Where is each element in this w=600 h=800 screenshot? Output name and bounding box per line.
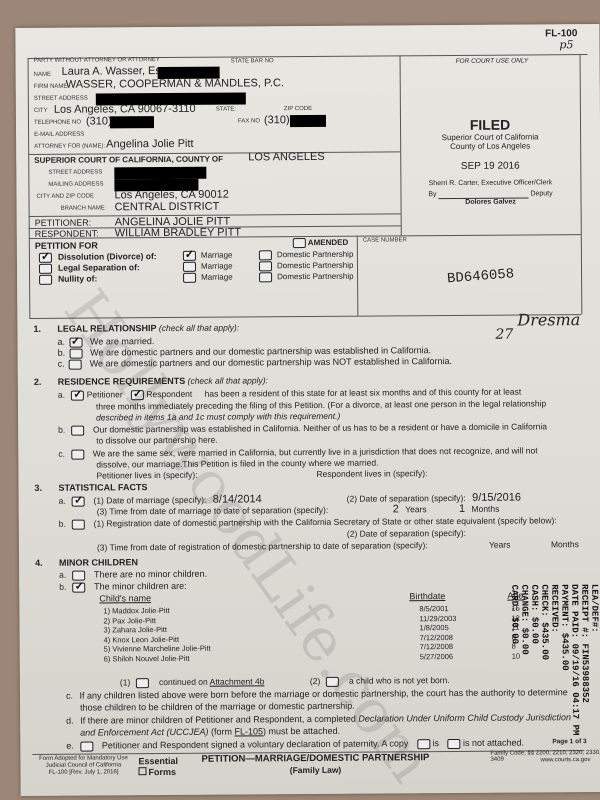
marriage-checkbox[interactable]	[183, 273, 196, 283]
years-label: Years	[405, 504, 427, 514]
phone: (310)	[86, 115, 112, 127]
petition-type-label: Nullity of:	[58, 273, 97, 283]
case-number: BD646058	[447, 266, 515, 287]
domestic-partnership-label: Domestic Partnership	[277, 261, 354, 271]
months-label: Months	[471, 504, 499, 514]
months-value: 1	[459, 503, 465, 515]
section-title-legal-relationship: LEGAL RELATIONSHIP	[57, 323, 156, 334]
court-label: SUPERIOR COURT OF CALIFORNIA, COUNTY OF	[34, 155, 223, 165]
legal-relationship-item: c.We are domestic partners and our domes…	[58, 356, 452, 369]
item-letter: a.	[59, 570, 66, 580]
child-birthdate: 5/27/2006	[420, 652, 453, 661]
page-mark: p5	[559, 38, 573, 51]
brand-line1: Essential	[138, 757, 178, 767]
receipt-line: CHANGE: $0.00	[519, 584, 529, 654]
form-fl105-link[interactable]: FL-105	[234, 726, 263, 736]
dp-years-label: Years	[489, 540, 511, 550]
legal-relationship-text: We are domestic partners and our domesti…	[90, 356, 452, 369]
petitioner-resident-checkbox[interactable]	[71, 390, 84, 400]
petitioner-lives: Petitioner lives in (specify):	[96, 470, 197, 481]
residence-b-checkbox[interactable]	[72, 425, 85, 435]
city-label: CITY	[34, 108, 48, 114]
dp-separation-label: (2) Date of separation (specify):	[347, 528, 466, 539]
domestic-partnership-option: Domestic Partnership	[259, 250, 354, 261]
children-text: The minor children are:	[94, 581, 187, 592]
child-name: 2) Pax Jolie-Pitt	[103, 616, 156, 625]
marriage-option: Marriage	[183, 251, 233, 261]
by-label: By	[428, 191, 436, 198]
years-value: 2	[393, 503, 399, 515]
state-bar-label: STATE BAR NO	[231, 58, 274, 64]
form-title: PETITION—MARRIAGE/DOMESTIC PARTNERSHIP	[195, 752, 435, 765]
child-name: 1) Maddox Jolie-Pitt	[103, 606, 169, 615]
section-number: 4.	[35, 558, 43, 568]
amended-label: AMENDED	[308, 238, 349, 247]
children-checkbox[interactable]	[73, 582, 86, 592]
residence-text: three months immediately preceding the f…	[96, 398, 546, 411]
petition-for-row: Legal Separation of:	[39, 262, 140, 273]
item-letter: a.	[57, 337, 65, 347]
court-street-label: STREET ADDRESS	[48, 169, 102, 175]
forms-icon	[138, 767, 146, 775]
residence-text: described in items 1a and 1c must comply…	[96, 411, 340, 423]
receipt-line: LEA/DEF#:	[589, 584, 599, 633]
amended-checkbox[interactable]	[293, 238, 306, 248]
receipt-line: DATE PAID: 09/19/16 04:17 PM	[569, 584, 580, 735]
marriage-date-label: (1) Date of marriage (specify):	[93, 495, 206, 506]
receipt-line: CASH: $0.00	[529, 584, 539, 643]
attorney-city: Los Angeles, CA 90067-3110	[54, 103, 196, 116]
attached-label: attached.	[487, 738, 524, 748]
respondent-name: WILLIAM BRADLEY PITT	[115, 226, 241, 239]
form-subtitle: (Family Law)	[195, 764, 435, 776]
marriage-label: Marriage	[201, 273, 233, 282]
section-hint: (check all that apply):	[188, 375, 268, 386]
essential-forms-logo: Essential Forms	[138, 757, 178, 778]
marriage-option: Marriage	[183, 273, 233, 283]
unborn-checkbox[interactable]	[326, 677, 339, 687]
child-birthdate: 7/12/2008	[420, 633, 453, 642]
attorney-header-label: PARTY WITHOUT ATTORNEY OR ATTORNEY	[34, 57, 160, 64]
col-birthdate: Birthdate	[409, 591, 445, 601]
section-title-residence: RESIDENCE REQUIREMENTS	[58, 376, 186, 387]
child-birthdate: 7/12/2008	[420, 642, 453, 651]
statistical-a-checkbox[interactable]	[72, 496, 85, 506]
domestic-partnership-label: Domestic Partnership	[277, 250, 354, 260]
attorney-for-label: ATTORNEY FOR (name):	[34, 143, 105, 149]
item-letter: d.	[66, 716, 74, 726]
redaction	[290, 115, 326, 127]
child-birthdate: 11/29/2003	[419, 613, 456, 622]
attorney-for: Angelina Jolie Pitt	[106, 138, 194, 151]
children-d-text: (form	[211, 727, 232, 737]
child-name: 5) Vivienne Marcheline Jolie-Pitt	[104, 644, 211, 654]
col-child-name: Child's name	[99, 593, 151, 603]
continued-checkbox[interactable]	[136, 678, 149, 688]
children-d-text: Declaration Under Uniform Child Custody …	[358, 712, 571, 723]
respondent-lives: Respondent lives in (specify):	[316, 468, 427, 479]
document-page: FL-100 p5 PARTY WITHOUT ATTORNEY OR ATTO…	[15, 24, 600, 796]
item-letter: a.	[58, 390, 65, 400]
receipt-line: PAYMENT: $435.00	[559, 584, 570, 670]
receipt-line: CHECK: $435.00	[539, 584, 550, 660]
brand-line2: Forms	[148, 767, 176, 777]
filed-label: FILED	[400, 116, 580, 133]
unborn-text: a child who is not yet born.	[349, 675, 450, 686]
child-name: 4) Knox Leon Jolie-Pitt	[104, 634, 180, 644]
court-branch-label: BRANCH NAME	[61, 205, 105, 211]
child-name: 3) Zahara Jolie-Pitt	[103, 625, 166, 634]
child-birthdate: 8/5/2001	[419, 604, 448, 613]
legal-relationship-text: We are married.	[90, 336, 154, 346]
receipt-line: CARD: $0.00	[509, 585, 519, 644]
street-label: STREET ADDRESS	[34, 96, 88, 102]
residence-c-checkbox[interactable]	[71, 449, 84, 459]
marriage-label: Marriage	[201, 262, 233, 271]
fax: (310)	[264, 114, 290, 126]
children-d-text: and Enforcement Act (UCCJEA)	[80, 727, 208, 738]
deputy-name: Dolores Galvez	[401, 198, 581, 206]
legal-relationship-checkbox[interactable]	[69, 348, 82, 358]
marriage-label: Marriage	[201, 251, 233, 260]
item-letter: a.	[59, 496, 66, 506]
page-number: Page 1 of 3	[552, 738, 586, 745]
legal-relationship-checkbox[interactable]	[69, 337, 82, 347]
marriage-checkbox[interactable]	[183, 262, 196, 272]
court-mailing-label: MAILING ADDRESS	[48, 181, 103, 187]
paternity-checkbox[interactable]	[80, 741, 93, 751]
cont-2-label: (2)	[310, 676, 320, 686]
legal-relationship-item: a.We are married.	[57, 336, 154, 347]
child-name: 6) Shiloh Nouvel Jolie-Pitt	[104, 653, 190, 663]
firm-label: FIRM NAME	[34, 84, 68, 90]
respondent-label: RESPONDENT:	[35, 228, 99, 238]
children-c-text: those children to be children of the mar…	[80, 701, 355, 713]
dp-months-label: Months	[551, 539, 579, 549]
section-number: 3.	[35, 483, 43, 493]
email-label: E-MAIL ADDRESS	[34, 132, 84, 138]
court-county: LOS ANGELES	[248, 151, 325, 164]
item-letter: b.	[58, 425, 65, 435]
court-use-label: FOR COURT USE ONLY	[456, 57, 529, 65]
item-letter: b.	[59, 519, 66, 529]
item-letter: c.	[58, 449, 65, 459]
item-letter: b.	[59, 582, 66, 592]
footer-rev: FL-100 [Rev. July 1, 2016]	[29, 770, 139, 778]
fax-label: FAX NO	[238, 118, 260, 124]
section-number: 2.	[34, 377, 42, 387]
handwritten-name: Dresma	[517, 310, 580, 329]
children-d-text: ) must be attached.	[263, 726, 340, 737]
deputy-label: Deputy	[530, 190, 552, 197]
marriage-date: 8/14/2014	[213, 493, 262, 505]
section-number: 1.	[33, 324, 41, 334]
dp-time-label: (3) Time from date of registration of do…	[97, 540, 428, 552]
petitioner-label: Petitioner	[87, 389, 123, 399]
firm-name: WASSER, COOPERMAN & MANDLES, P.C.	[66, 77, 284, 91]
item-letter: c.	[66, 691, 73, 701]
courts-url[interactable]: www.courts.ca.gov	[540, 757, 590, 763]
section-title-minor-children: MINOR CHILDREN	[59, 557, 138, 568]
domestic-partnership-option: Domestic Partnership	[259, 261, 354, 272]
petition-for-row: Nullity of:	[39, 273, 97, 284]
court-branch: CENTRAL DISTRICT	[115, 201, 220, 214]
copy-is-checkbox[interactable]	[417, 739, 430, 749]
cont-1-label: (1)	[120, 677, 130, 687]
filed-date: SEP 19 2016	[400, 160, 580, 172]
respondent-resident-checkbox[interactable]	[131, 390, 144, 400]
domestic-partnership-checkbox[interactable]	[259, 261, 272, 271]
is-not-label: is not	[463, 738, 485, 748]
domestic-partnership-checkbox[interactable]	[259, 250, 272, 260]
court-city-zip: Los Angeles, CA 90012	[114, 189, 228, 202]
statistical-b-checkbox[interactable]	[72, 519, 85, 529]
attachment-link[interactable]: Attachment 4b	[210, 676, 265, 686]
case-number-label: CASE NUMBER	[363, 237, 407, 243]
domestic-partnership-label: Domestic Partnership	[277, 272, 354, 282]
section-title-statistical: STATISTICAL FACTS	[58, 482, 147, 493]
time-label: (3) Time from date of marriage to date o…	[97, 505, 329, 517]
zip-label: ZIP CODE	[284, 106, 312, 112]
attorney-name: Laura A. Wasser, Esq.	[62, 65, 171, 78]
stamp-clerk: Sherri R. Carter, Executive Officer/Cler…	[400, 179, 580, 187]
no-children-text: There are no minor children.	[94, 569, 207, 580]
child-birthdate: 1/8/2005	[419, 623, 448, 632]
receipt-line: RECEIPT #: FIN53988352	[579, 584, 590, 703]
item-letter: b.	[58, 348, 66, 358]
phone-label: TELEPHONE NO	[34, 120, 81, 126]
redaction	[114, 167, 206, 180]
children-c-text: If any children listed above were born b…	[79, 687, 567, 700]
name-label: NAME	[34, 72, 51, 78]
section-hint: (check all that apply):	[159, 322, 239, 333]
legal-relationship-checkbox[interactable]	[69, 359, 82, 369]
state-label: STATE:	[216, 107, 236, 113]
residence-c-text: We are the same sex, were married in Cal…	[93, 445, 538, 458]
petition-type-label: Legal Separation of:	[58, 262, 140, 273]
petition-type-checkbox[interactable]	[39, 264, 52, 274]
court-city-zip-label: CITY AND ZIP CODE	[36, 194, 94, 200]
filed-stamp: FILED Superior Court of California Count…	[400, 116, 581, 206]
marriage-option: Marriage	[183, 262, 233, 272]
residence-b-text: to dissolve our partnership here.	[96, 435, 218, 446]
children-d-text: If there are minor children of Petitione…	[80, 714, 356, 726]
redaction	[110, 116, 154, 128]
petition-type-checkbox[interactable]	[39, 253, 52, 263]
domestic-partnership-checkbox[interactable]	[259, 272, 272, 282]
residence-c-text: dissolve, our marriage.This Petition is …	[96, 458, 378, 470]
receipt-line: RECEIVED:	[549, 584, 559, 633]
petitioner-label: PETITIONER:	[35, 218, 92, 228]
marriage-checkbox[interactable]	[183, 251, 196, 261]
petition-for-row: Dissolution (Divorce) of:	[39, 251, 157, 263]
handwritten-number: 27	[495, 327, 513, 343]
is-label: is	[432, 738, 439, 748]
residence-text: has been a resident of this state for at…	[205, 387, 522, 399]
item-letter: c.	[58, 359, 65, 369]
copy-is-not-checkbox[interactable]	[447, 739, 460, 749]
petition-type-checkbox[interactable]	[39, 275, 52, 285]
registration-date-label: (1) Registration date of domestic partne…	[94, 515, 557, 528]
item-letter: e.	[66, 741, 74, 751]
residence-b-text: Our domestic partnership was established…	[93, 421, 547, 434]
paternity-text: Petitioner and Respondent signed a volun…	[102, 738, 409, 750]
respondent-label: Respondent	[146, 389, 192, 399]
domestic-partnership-option: Domestic Partnership	[259, 272, 354, 283]
petition-type-label: Dissolution (Divorce) of:	[58, 251, 157, 262]
stamp-county: County of Los Angeles	[400, 141, 580, 151]
continued-text: continued on	[159, 677, 208, 687]
